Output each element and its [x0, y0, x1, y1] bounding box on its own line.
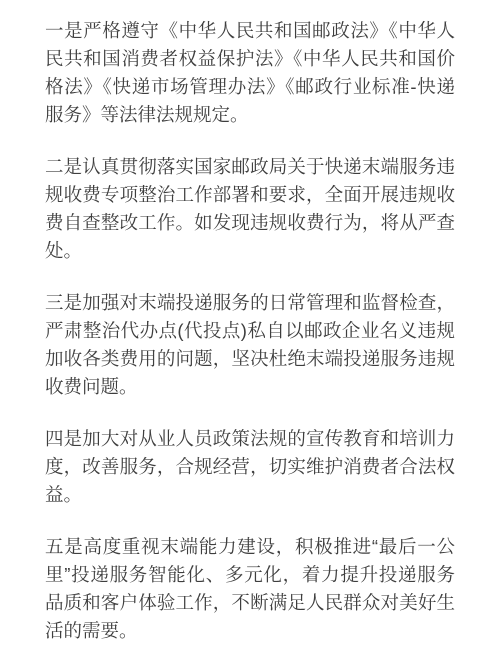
- article-page: 一是严格遵守《中华人民共和国邮政法》《中华人民共和国消费者权益保护法》《中华人民…: [0, 0, 500, 654]
- paragraph-measure-3: 三是加强对末端投递服务的日常管理和监督检查，严肃整治代办点(代投点)私自以邮政企…: [45, 289, 455, 401]
- paragraph-measure-1: 一是严格遵守《中华人民共和国邮政法》《中华人民共和国消费者权益保护法》《中华人民…: [45, 17, 455, 129]
- article-body: 一是严格遵守《中华人民共和国邮政法》《中华人民共和国消费者权益保护法》《中华人民…: [45, 17, 455, 645]
- paragraph-measure-4: 四是加大对从业人员政策法规的宣传教育和培训力度，改善服务，合规经营，切实维护消费…: [45, 425, 455, 509]
- paragraph-measure-2: 二是认真贯彻落实国家邮政局关于快递末端服务违规收费专项整治工作部署和要求，全面开…: [45, 153, 455, 265]
- paragraph-measure-5: 五是高度重视末端能力建设，积极推进“最后一公里”投递服务智能化、多元化，着力提升…: [45, 533, 455, 645]
